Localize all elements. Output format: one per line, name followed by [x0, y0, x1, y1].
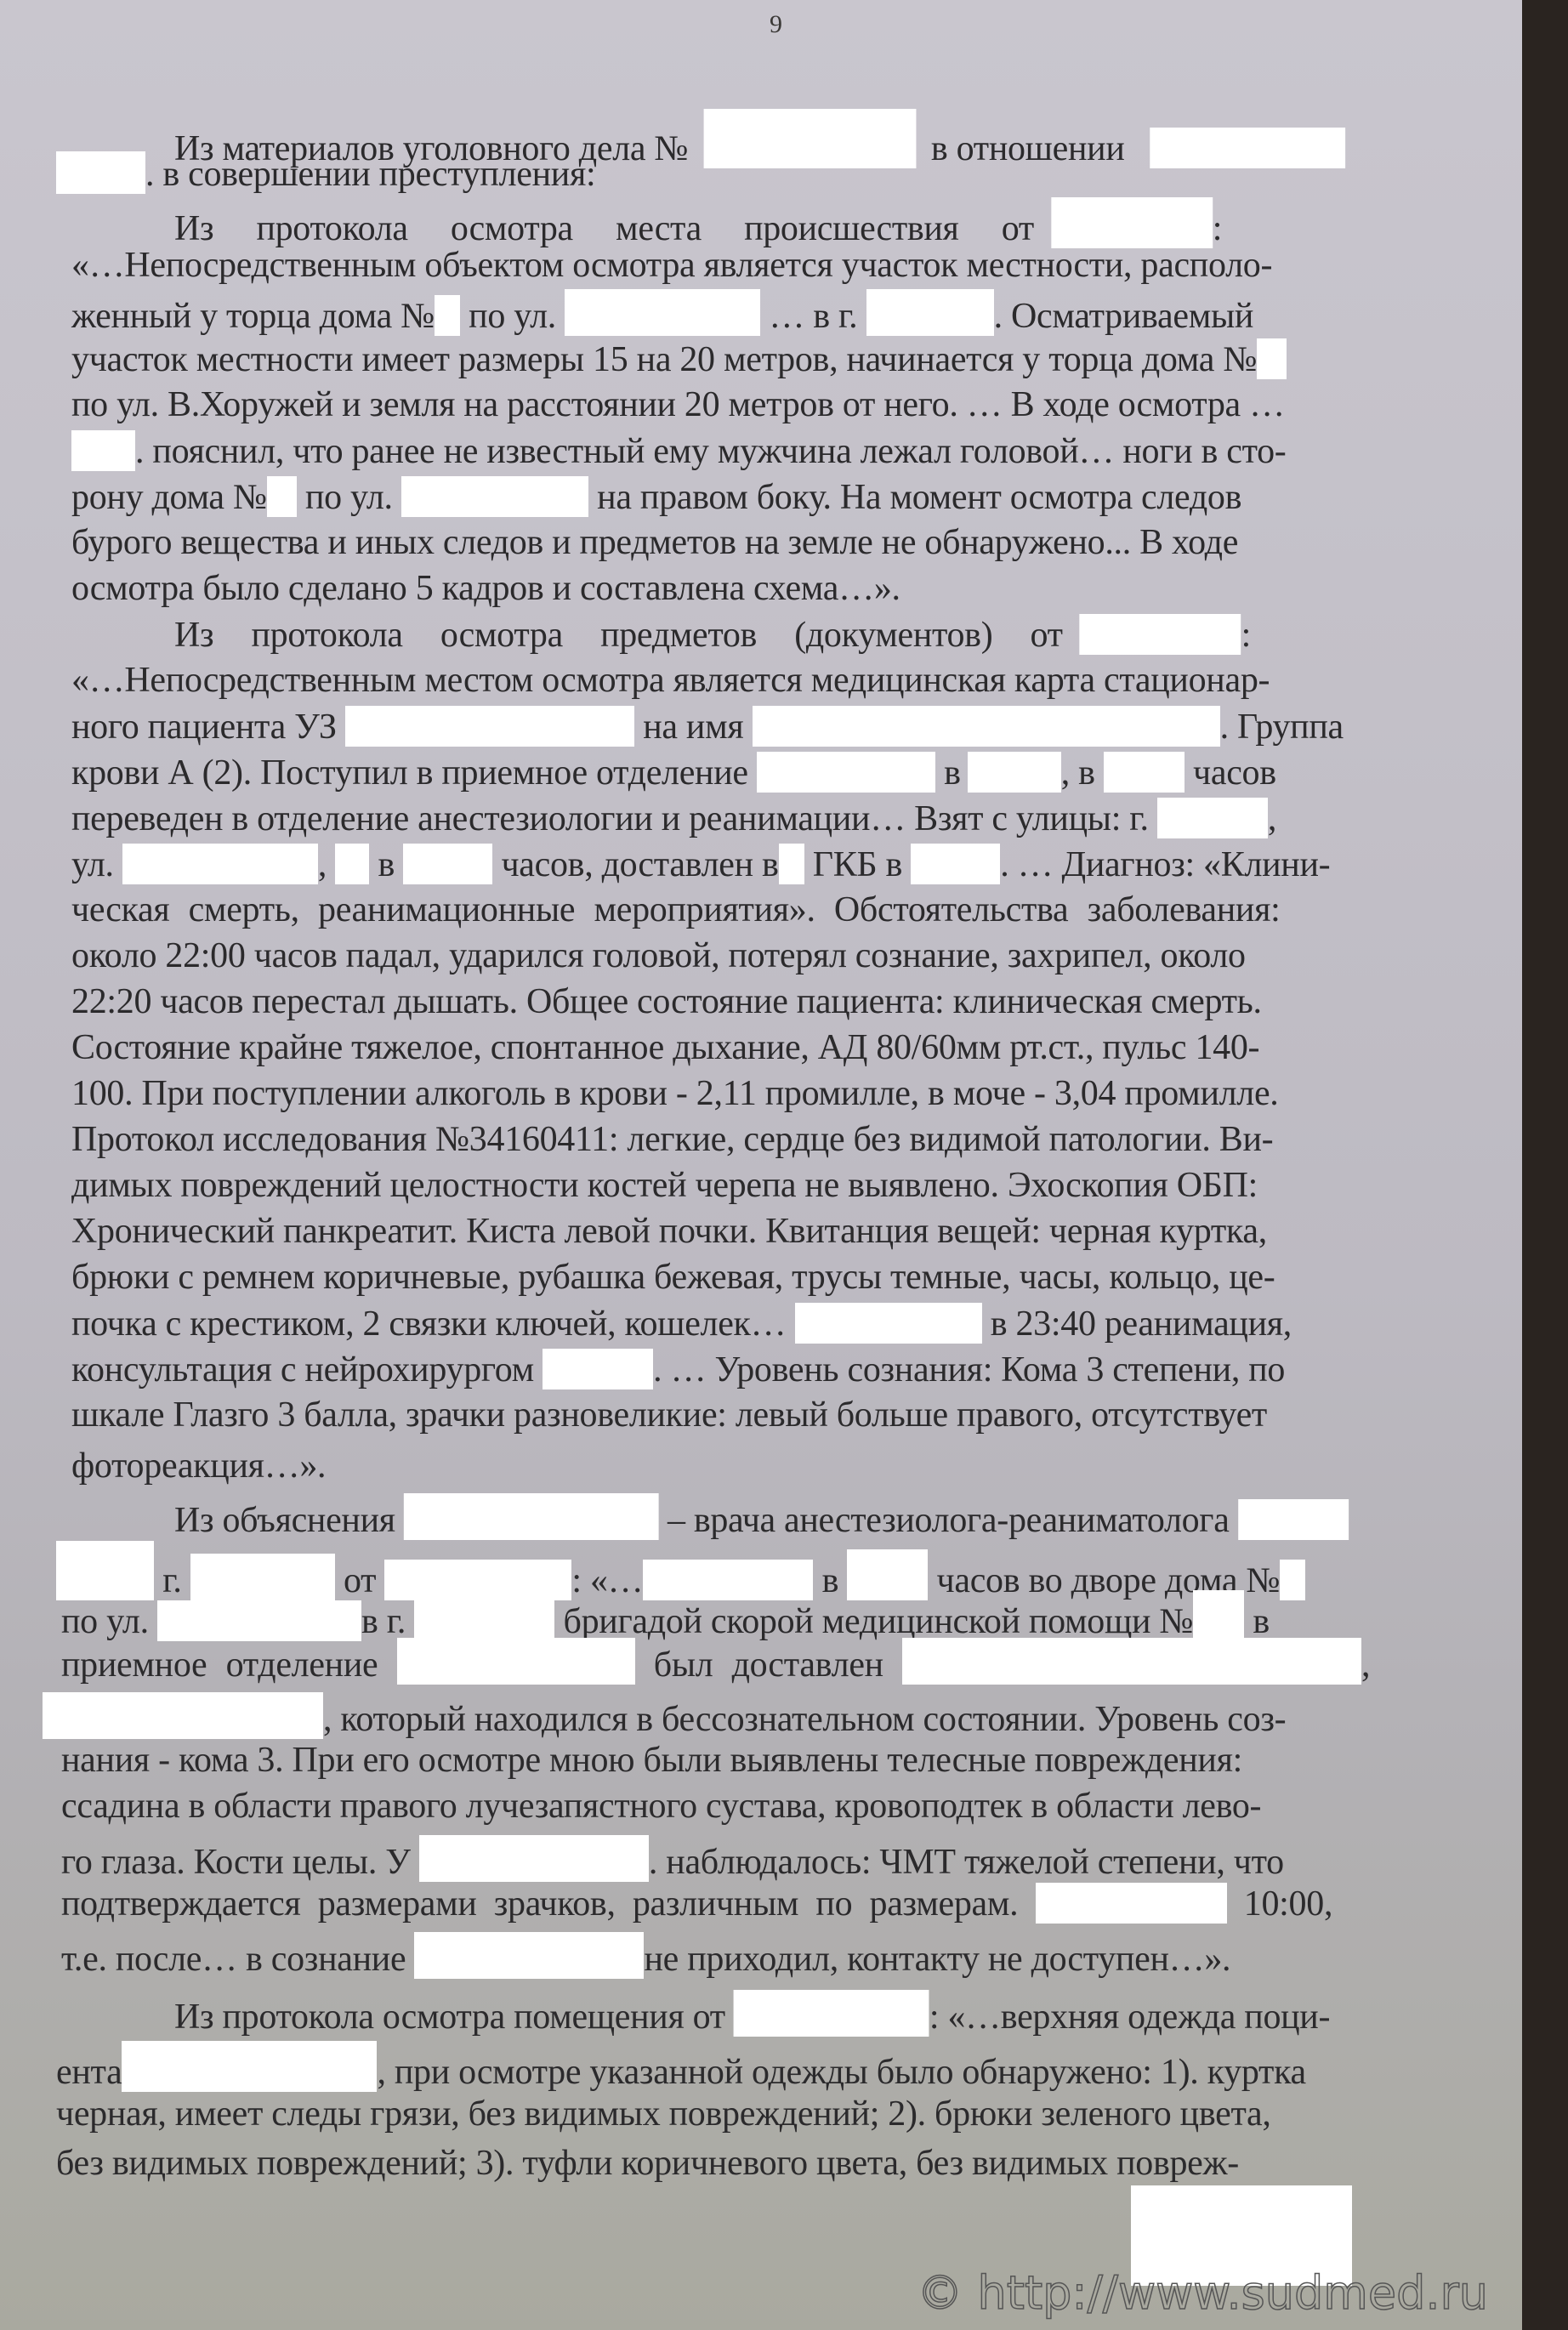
redaction	[414, 1594, 554, 1641]
text-line: участок местности имеет размеры 15 на 20…	[71, 338, 1500, 380]
redaction	[122, 2041, 377, 2092]
text-line: консультация с нейрохирургом . … Уровень…	[71, 1349, 1500, 1390]
text-line: ул. , в часов, доставлен в ГКБ в . … Диа…	[71, 844, 1500, 885]
redaction	[779, 844, 804, 884]
text-line: ссадина в области правого лучезапястного…	[61, 1786, 1490, 1827]
text-line: по ул. в г. бригадой скорой медицинской …	[61, 1590, 1490, 1642]
redaction	[543, 1349, 653, 1389]
text-line: го глаза. Кости целы. У . наблюдалось: Ч…	[61, 1835, 1490, 1883]
redaction	[1193, 1590, 1244, 1641]
text-line: , который находился в бессознательном со…	[43, 1692, 1471, 1740]
text-line: нания - кома 3. При его осмотре мною был…	[61, 1740, 1490, 1781]
text-line: фотореакция…».	[71, 1446, 1500, 1486]
redaction	[1051, 197, 1213, 248]
redaction	[757, 752, 935, 793]
redaction	[401, 476, 588, 517]
text-line: подтверждается размерами зрачков, различ…	[61, 1883, 1490, 1924]
redaction	[43, 1692, 323, 1739]
text-line: рону дома № по ул. на правом боку. На мо…	[71, 476, 1500, 518]
redaction	[157, 1600, 361, 1641]
redaction	[403, 844, 492, 884]
text-line: около 22:00 часов падал, ударился голово…	[71, 935, 1500, 976]
redaction	[404, 1493, 659, 1540]
text-line: почка с крестиком, 2 связки ключей, коше…	[71, 1303, 1500, 1344]
redaction	[1080, 614, 1241, 655]
text-line: крови А (2). Поступил в приемное отделен…	[71, 752, 1500, 793]
redaction	[1104, 752, 1185, 793]
text-line: т.е. после… в сознание не приходил, конт…	[61, 1932, 1490, 1980]
text-line: без видимых повреждений; 3). туфли корич…	[56, 2143, 1485, 2184]
text-line: ческая смерть, реанимационные мероприяти…	[71, 889, 1500, 930]
redaction	[71, 430, 135, 471]
redaction	[122, 844, 318, 884]
redaction	[267, 476, 297, 517]
text-line: черная, имеет следы грязи, без видимых п…	[56, 2094, 1485, 2134]
text-line: Хронический панкреатит. Киста левой почк…	[71, 1211, 1500, 1252]
redaction	[902, 1638, 1361, 1685]
page-number: 9	[770, 10, 782, 39]
redaction	[753, 706, 1220, 747]
redaction	[565, 289, 760, 336]
text-line: Из протокола осмотра места происшествия …	[174, 197, 1500, 249]
redaction	[1036, 1883, 1227, 1924]
document-page: 9 Из материалов уголовного дела №в отнош…	[0, 0, 1522, 2330]
redaction	[968, 752, 1061, 793]
redaction	[795, 1303, 982, 1344]
text-line: переведен в отделение анестезиологии и р…	[71, 798, 1500, 839]
text-line: «…Непосредственным местом осмотра являет…	[71, 660, 1500, 701]
text-line: по ул. В.Хоружей и земля на расстоянии 2…	[71, 384, 1500, 425]
redaction	[911, 844, 1000, 884]
redaction	[56, 151, 145, 194]
text-line: 100. При поступлении алкоголь в крови - …	[71, 1073, 1500, 1114]
watermark: © http://www.sudmed.ru	[917, 2266, 1488, 2320]
redaction	[397, 1638, 635, 1685]
redaction	[1238, 1499, 1349, 1540]
redaction	[1257, 338, 1287, 379]
text-line: . пояснил, что ранее не известный ему му…	[71, 430, 1500, 472]
text-line: . в совершении преступления:	[56, 151, 1485, 195]
text-line: Из протокола осмотра помещения от : «…ве…	[174, 1990, 1500, 2037]
redaction	[335, 844, 369, 884]
text-line: осмотра было сделано 5 кадров и составле…	[71, 568, 1500, 609]
text-line: шкале Глазго 3 балла, зрачки разновелики…	[71, 1395, 1500, 1435]
text-line: «…Непосредственным объектом осмотра явля…	[71, 245, 1500, 286]
text-line: Протокол исследования №34160411: легкие,…	[71, 1119, 1500, 1160]
redaction	[734, 1990, 929, 2037]
text-line: брюки с ремнем коричневые, рубашка бежев…	[71, 1257, 1500, 1298]
text-line: 22:20 часов перестал дышать. Общее состо…	[71, 981, 1500, 1022]
redaction	[1157, 798, 1268, 838]
text-line: Состояние крайне тяжелое, спонтанное дых…	[71, 1027, 1500, 1068]
text-line: Из объяснения – врача анестезиолога-реан…	[174, 1493, 1500, 1541]
text-line: женный у торца дома № по ул. … в г. . Ос…	[71, 289, 1500, 337]
text-line: ента, при осмотре указанной одежды было …	[56, 2041, 1485, 2093]
text-line: бурого вещества и иных следов и предмето…	[71, 522, 1500, 563]
text-line: ного пациента УЗ на имя . Группа	[71, 706, 1500, 747]
redaction	[414, 1932, 644, 1979]
redaction	[419, 1835, 649, 1882]
redaction	[866, 289, 994, 336]
text-line: димых повреждений целостности костей чер…	[71, 1165, 1500, 1206]
text-line: приемное отделение был доставлен ,	[61, 1638, 1490, 1685]
redaction	[435, 295, 460, 336]
redaction	[345, 706, 634, 747]
text-line: Из протокола осмотра предметов (документ…	[174, 614, 1500, 656]
